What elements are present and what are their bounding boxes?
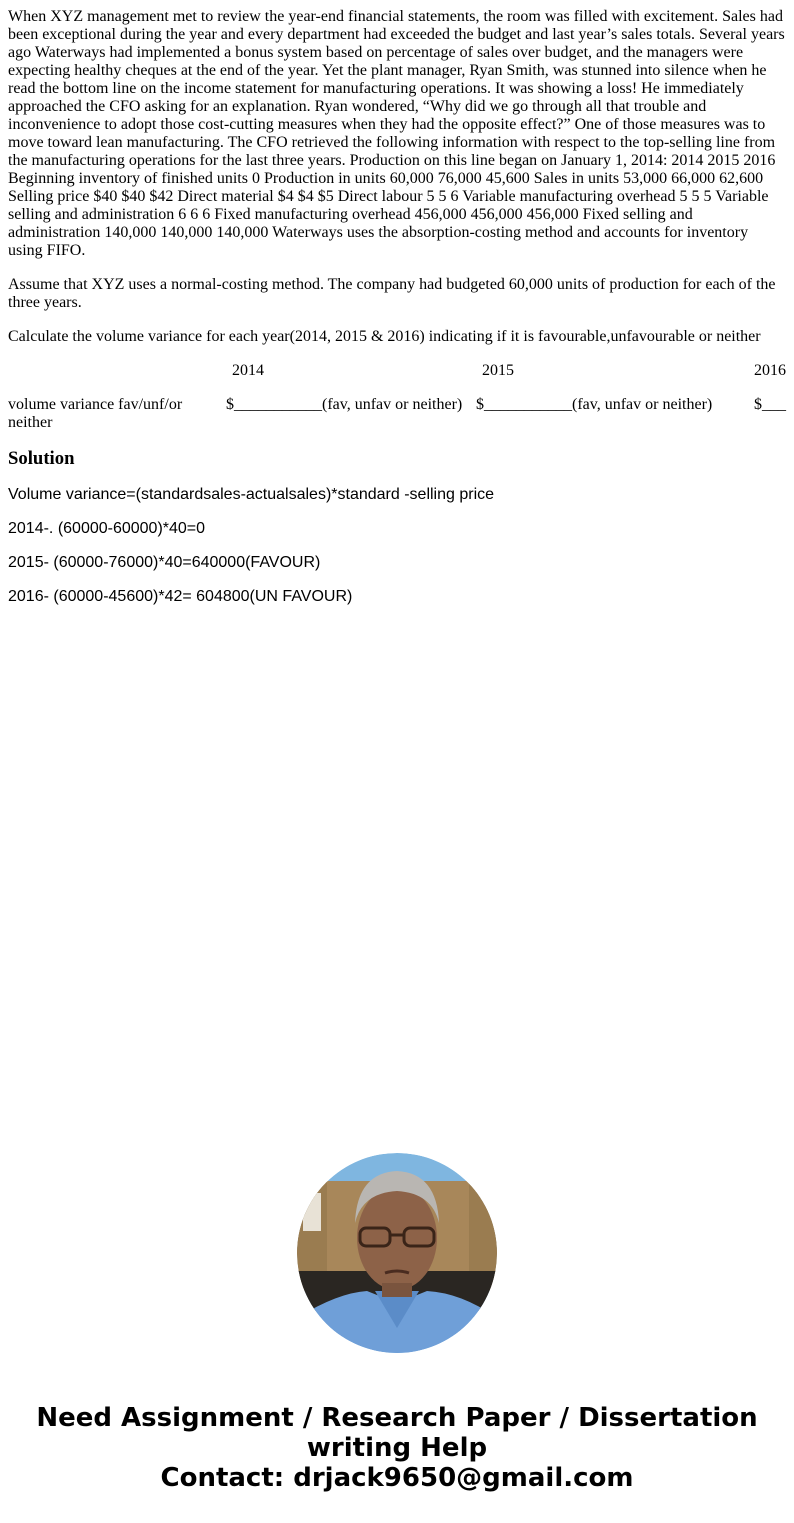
solution-heading: Solution: [8, 448, 786, 470]
row-label: volume variance fav/unf/or neither: [8, 396, 226, 432]
year-2016-header: 2016: [726, 362, 786, 396]
banner-line-1: Need Assignment / Research Paper / Disse…: [0, 1403, 794, 1433]
empty-header-cell: [8, 362, 226, 396]
question-paragraph-3: Calculate the volume variance for each y…: [8, 328, 786, 346]
cell-2015: $___________(fav, unfav or neither): [474, 396, 726, 432]
volume-variance-row: volume variance fav/unf/or neither $____…: [8, 396, 786, 432]
avatar: [297, 1153, 497, 1353]
cell-2016: $___: [726, 396, 786, 432]
year-header-row: 2014 2015 2016: [8, 362, 786, 396]
question-paragraph-1: When XYZ management met to review the ye…: [8, 8, 786, 260]
year-2015-header: 2015: [474, 362, 726, 396]
tutor-portrait-image: [297, 1153, 497, 1353]
banner-line-2: writing Help: [0, 1433, 794, 1463]
solution-formula: Volume variance=(standardsales-actualsal…: [8, 486, 786, 504]
document-body: When XYZ management met to review the ye…: [0, 0, 794, 606]
year-2014-header: 2014: [226, 362, 474, 396]
banner-contact-line: Contact: drjack9650@gmail.com: [0, 1463, 794, 1493]
answer-table: 2014 2015 2016 volume variance fav/unf/o…: [8, 362, 786, 432]
solution-line-2014: 2014-. (60000-60000)*40=0: [8, 520, 786, 538]
solution-line-2016: 2016- (60000-45600)*42= 604800(UN FAVOUR…: [8, 588, 786, 606]
question-paragraph-2: Assume that XYZ uses a normal-costing me…: [8, 276, 786, 312]
solution-line-2015: 2015- (60000-76000)*40=640000(FAVOUR): [8, 554, 786, 572]
contact-banner: Need Assignment / Research Paper / Disse…: [0, 1403, 794, 1493]
cell-2014: $___________(fav, unfav or neither): [226, 396, 474, 432]
